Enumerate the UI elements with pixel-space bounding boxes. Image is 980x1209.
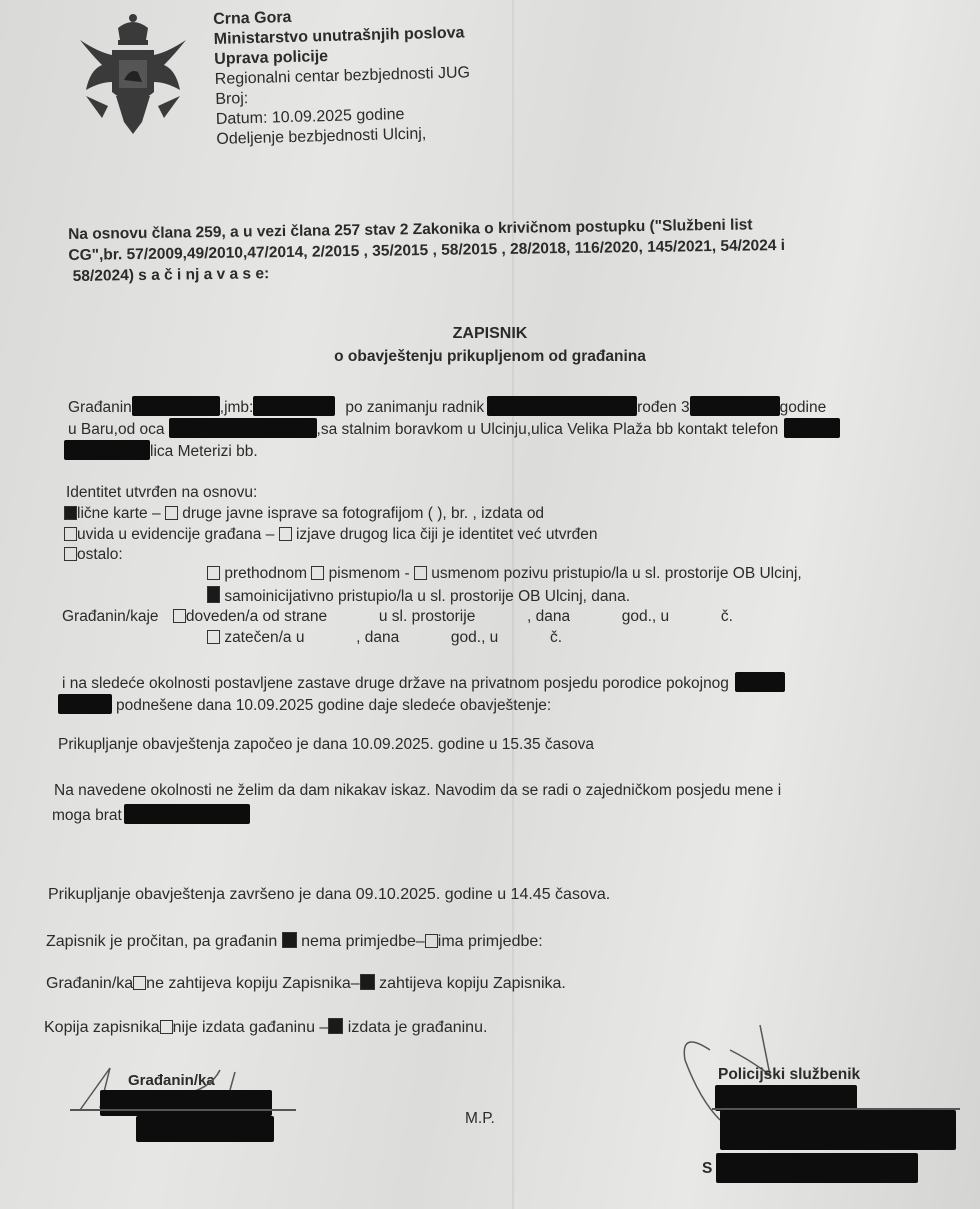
redaction bbox=[735, 672, 785, 692]
document-subtitle: o obavještenju prikupljenom od građanina bbox=[0, 348, 980, 366]
checkbox-has-remarks[interactable] bbox=[425, 934, 438, 948]
arrival-label: Građanin/kaje bbox=[62, 608, 159, 625]
redaction bbox=[690, 396, 780, 416]
citizen-line-3: lica Meterizi bb. bbox=[64, 440, 258, 461]
redaction bbox=[720, 1110, 956, 1150]
statement-line-2: moga brat bbox=[52, 804, 250, 825]
redaction bbox=[716, 1153, 918, 1183]
redaction bbox=[487, 396, 637, 416]
redaction bbox=[253, 396, 335, 416]
redaction bbox=[784, 418, 840, 438]
checkbox-copy-not-issued[interactable] bbox=[160, 1020, 173, 1034]
redaction bbox=[58, 694, 112, 714]
checkbox-other-document[interactable] bbox=[165, 506, 178, 520]
checkbox-copy-issued[interactable] bbox=[328, 1018, 343, 1034]
citizen-line-2: u Baru,od oca,sa stalnim boravkom u Ulci… bbox=[68, 418, 840, 439]
citizen-line-1: Građanin,jmb:po zanimanju radnikrođen 3g… bbox=[68, 396, 826, 417]
redaction bbox=[100, 1090, 272, 1116]
checkbox-oral-summons[interactable] bbox=[414, 566, 427, 580]
letterhead: Crna Gora Ministarstvo unutrašnjih poslo… bbox=[213, 3, 472, 150]
stamp-placeholder: M.P. bbox=[465, 1110, 495, 1128]
checkbox-no-copy[interactable] bbox=[133, 976, 146, 990]
checkbox-found[interactable] bbox=[207, 630, 220, 644]
identity-row-1: lične karte – druge javne isprave sa fot… bbox=[64, 505, 544, 523]
arrival-row-4: zatečen/a u , dana god., u č. bbox=[207, 629, 562, 647]
checkbox-prior-summons[interactable] bbox=[207, 566, 220, 580]
checkbox-written-summons[interactable] bbox=[311, 566, 324, 580]
circumstances-line-2: podnešene dana 10.09.2025 godine daje sl… bbox=[58, 694, 551, 715]
legal-basis: Na osnovu člana 259, a u vezi člana 257 … bbox=[68, 212, 939, 287]
citizen-signature-line bbox=[70, 1109, 296, 1111]
checkbox-copy-requested[interactable] bbox=[360, 974, 375, 990]
checkbox-id-card[interactable] bbox=[64, 506, 77, 520]
checkbox-no-remarks[interactable] bbox=[282, 932, 297, 948]
redaction bbox=[124, 804, 250, 824]
document-title: ZAPISNIK bbox=[0, 325, 980, 343]
arrival-row-1: prethodnom pismenom - usmenom pozivu pri… bbox=[207, 565, 802, 583]
copy-request-row: Građanin/kane zahtijeva kopiju Zapisnika… bbox=[46, 974, 566, 993]
checkbox-brought[interactable] bbox=[173, 609, 186, 623]
started-time: Prikupljanje obavještenja započeo je dan… bbox=[58, 736, 594, 754]
checkbox-statement[interactable] bbox=[279, 527, 292, 541]
redaction bbox=[136, 1116, 274, 1142]
redaction bbox=[132, 396, 220, 416]
montenegro-coat-of-arms-icon bbox=[72, 10, 194, 140]
officer-initial: S bbox=[702, 1160, 712, 1178]
copy-issued-row: Kopija zapisnikanije izdata gađaninu – i… bbox=[44, 1018, 487, 1037]
circumstances-line-1: i na sledeće okolnosti postavljene zasta… bbox=[62, 672, 785, 693]
redaction bbox=[64, 440, 150, 460]
officer-signature-label: Policijski službenik bbox=[718, 1066, 860, 1084]
checkbox-records[interactable] bbox=[64, 527, 77, 541]
finished-time: Prikupljanje obavještenja završeno je da… bbox=[48, 886, 610, 904]
redaction bbox=[169, 418, 317, 438]
remarks-row: Zapisnik je pročitan, pa građanin nema p… bbox=[46, 932, 543, 951]
identity-row-3: ostalo: bbox=[64, 546, 123, 564]
identity-label: Identitet utvrđen na osnovu: bbox=[66, 484, 257, 502]
arrival-row-2: samoinicijativno pristupio/la u sl. pros… bbox=[207, 586, 630, 606]
statement-line-1: Na navedene okolnosti ne želim da dam ni… bbox=[54, 782, 781, 800]
checkbox-other[interactable] bbox=[64, 547, 77, 561]
checkbox-self-initiated[interactable] bbox=[207, 586, 220, 603]
arrival-row-3: Građanin/kaje doveden/a od strane u sl. … bbox=[62, 608, 733, 626]
identity-row-2: uvida u evidencije građana – izjave drug… bbox=[64, 526, 598, 544]
